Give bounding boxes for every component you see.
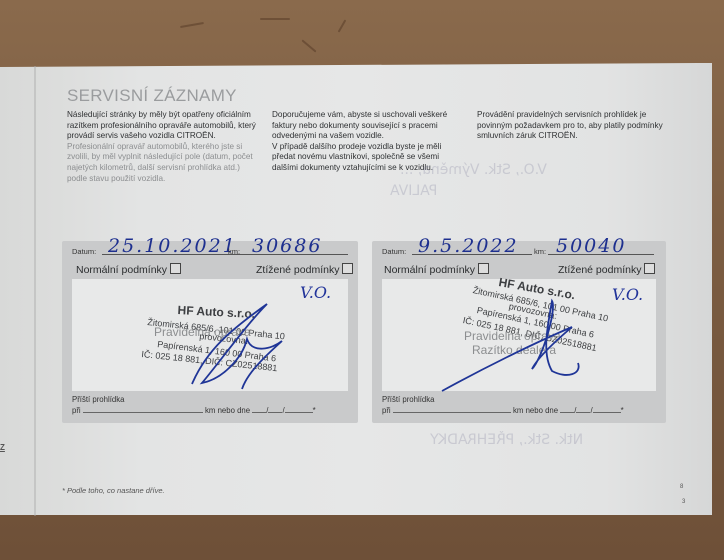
footnote: * Podle toho, co nastane dříve. (62, 486, 165, 495)
wood-grain (301, 39, 316, 52)
normal-conditions-checkbox[interactable] (170, 263, 181, 274)
dealer-stamp-area: V.O. HF Auto s.r.o. Žitomirská 685/6, 10… (382, 279, 656, 391)
harsh-conditions-checkbox[interactable] (342, 263, 353, 274)
km-label: km: (228, 247, 240, 256)
date-handwritten: 25.10.2021 (108, 235, 237, 257)
next-km-field[interactable] (393, 412, 511, 413)
bleed-through-text: V.O., Stk. Výměna, ... (400, 162, 547, 178)
intro-column-3: Provádění pravidelných servisních prohlí… (477, 110, 692, 142)
next-inspection-label: Příští prohlídka (72, 395, 124, 404)
next-km-field[interactable] (83, 412, 203, 413)
page-mark-1: 8 (680, 484, 683, 490)
km-handwritten: 30686 (252, 235, 322, 257)
normal-conditions-label: Normální podmínky (384, 264, 475, 276)
signature (382, 279, 662, 391)
page-title: SERVISNÍ ZÁZNAMY (67, 86, 237, 106)
wood-grain (180, 22, 204, 28)
at-label: při (72, 406, 81, 415)
left-page-mark: Z (0, 443, 5, 452)
harsh-conditions-label: Ztížené podmínky (558, 264, 641, 276)
next-month-field[interactable] (268, 412, 282, 413)
next-year-field[interactable] (593, 412, 621, 413)
next-inspection-label: Příští prohlídka (382, 395, 434, 404)
harsh-conditions-label: Ztížené podmínky (256, 264, 339, 276)
km-handwritten: 50040 (556, 235, 626, 257)
date-label: Datum: (382, 247, 406, 256)
date-handwritten: 9.5.2022 (418, 235, 519, 257)
wood-grain (260, 18, 290, 20)
km-label: km: (534, 247, 546, 256)
intro-column-1: Následující stránky by měly být opatřeny… (67, 110, 272, 184)
signature (72, 279, 352, 391)
service-record-2: Datum: 9.5.2022 km: 50040 Normální podmí… (372, 241, 666, 423)
next-year-field[interactable] (285, 412, 313, 413)
page-mark-2: 3 (682, 499, 685, 505)
page-fold (34, 66, 36, 516)
normal-conditions-label: Normální podmínky (76, 264, 167, 276)
next-day-field[interactable] (560, 412, 574, 413)
next-day-field[interactable] (252, 412, 266, 413)
date-label: Datum: (72, 247, 96, 256)
bleed-through-text: PALIVA (390, 183, 437, 199)
normal-conditions-checkbox[interactable] (478, 263, 489, 274)
wood-grain (338, 19, 347, 32)
at-label: při (382, 406, 391, 415)
km-or-date-label: km nebo dne (513, 406, 558, 415)
bleed-through-text: Ntk. Stk., PŘEHRADKY (430, 432, 583, 448)
km-or-date-label: km nebo dne (205, 406, 250, 415)
service-record-1: Datum: 25.10.2021 km: 30686 Normální pod… (62, 241, 358, 423)
harsh-conditions-checkbox[interactable] (644, 263, 655, 274)
next-month-field[interactable] (576, 412, 590, 413)
dealer-stamp-area: V.O. HF Auto s.r.o. Žitomirská 685/6, 10… (72, 279, 348, 391)
